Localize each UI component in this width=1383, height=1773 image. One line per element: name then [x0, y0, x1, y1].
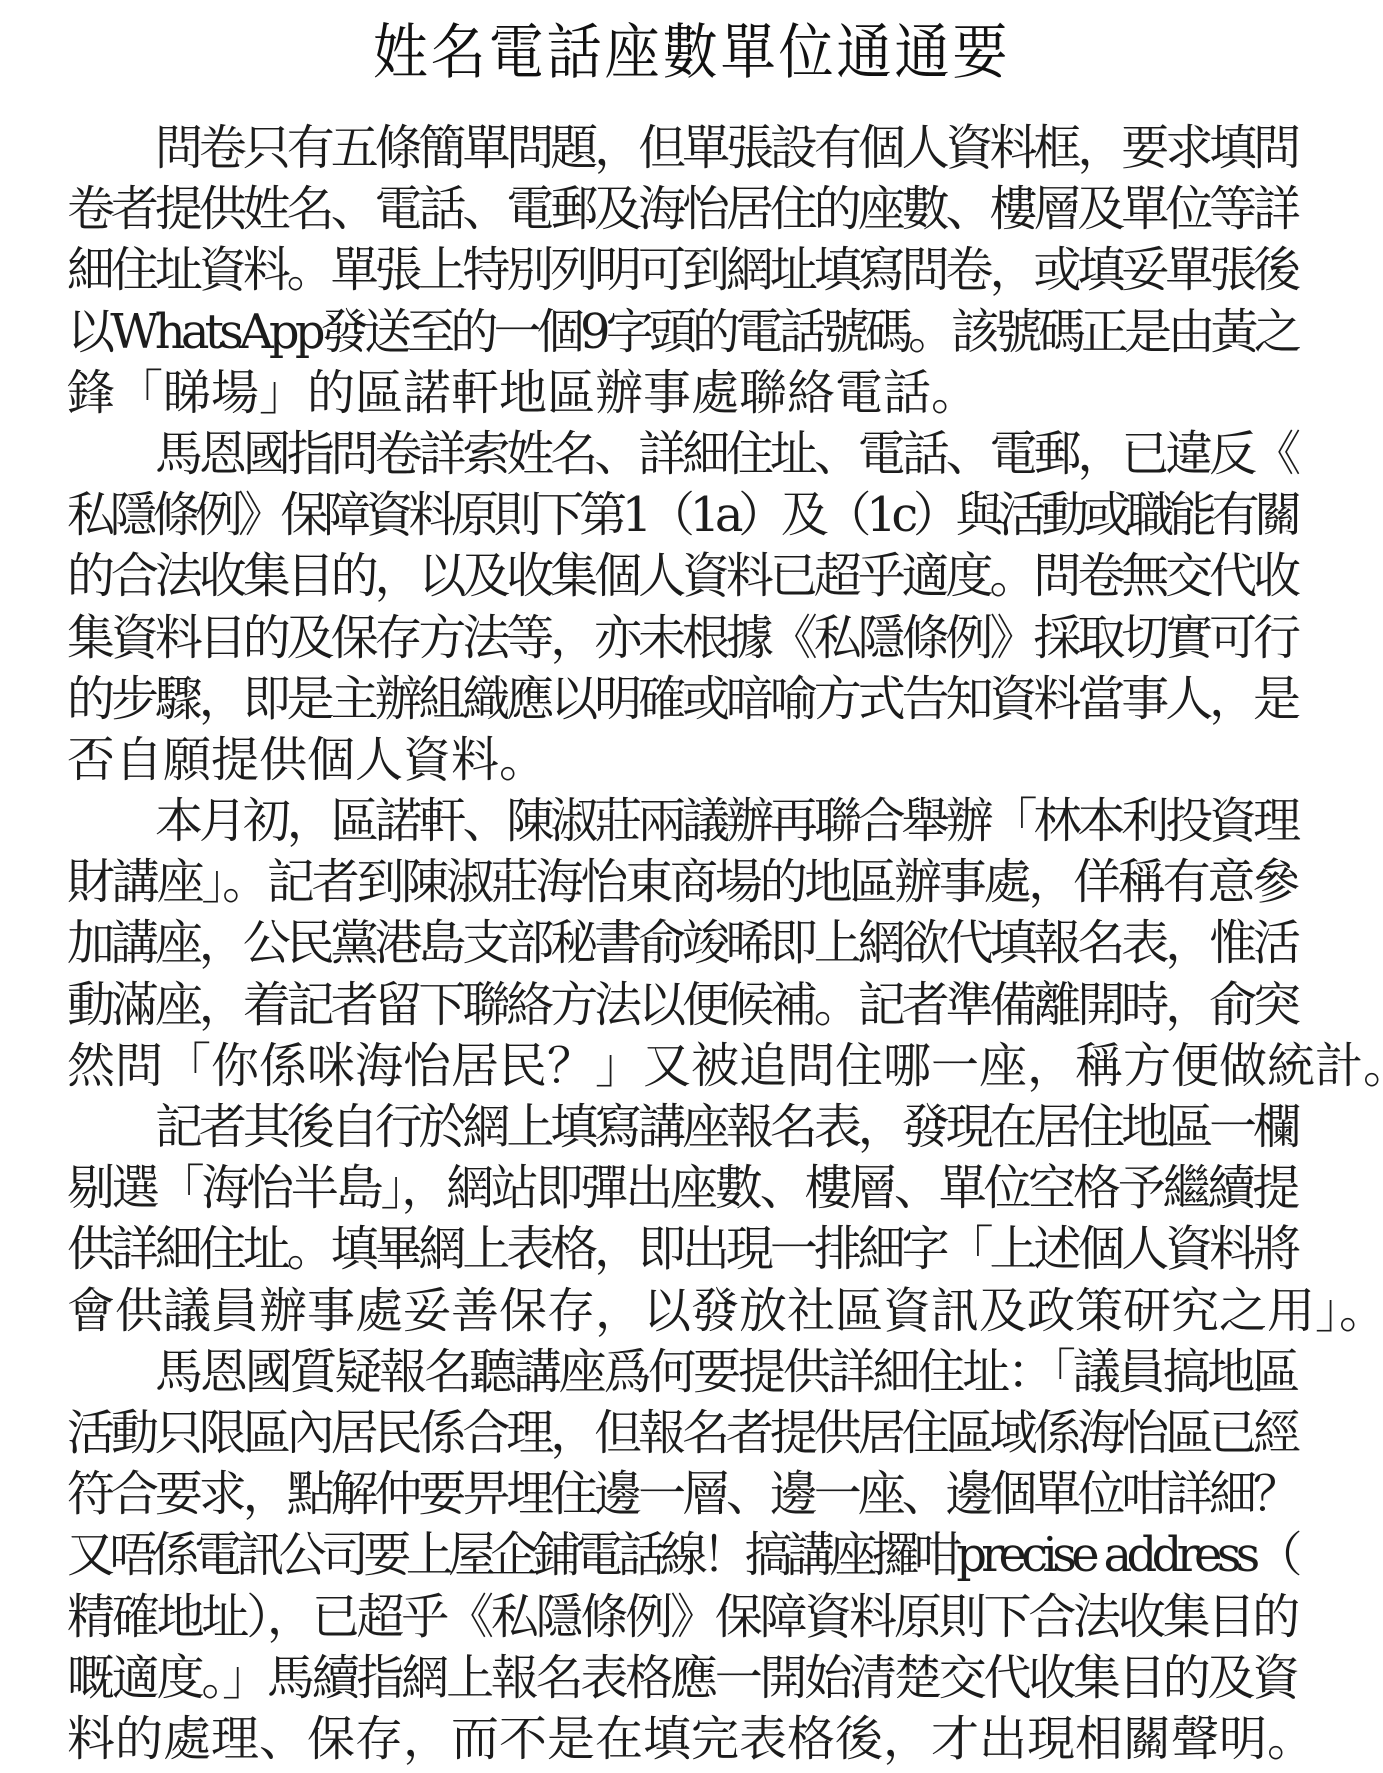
- body-line: 加講座，公民黨港島支部秘書俞竣晞即上網欲代填報名表，惟活: [67, 913, 1297, 974]
- body-line: 馬恩國質疑報名聽講座爲何要提供詳細住址：「議員搞地區: [67, 1342, 1297, 1403]
- body-line: 然問「你係咪海怡居民？」又被追問住哪一座，稱方便做統計。: [67, 1036, 1297, 1097]
- body-line: 以WhatsApp發送至的一個9字頭的電話號碼。該號碼正是由黃之: [67, 302, 1297, 363]
- body-line: 的合法收集目的，以及收集個人資料已超乎適度。問卷無交代收: [67, 546, 1297, 607]
- body-line: 財講座」。記者到陳淑莊海怡東商場的地區辦事處，佯稱有意參: [67, 852, 1297, 913]
- body-line: 活動只限區內居民係合理，但報名者提供居住區域係海怡區已經: [67, 1403, 1297, 1464]
- body-line: 的步驟，即是主辦組織應以明確或暗喻方式告知資料當事人，是: [67, 669, 1297, 730]
- body-line: 馬恩國指問卷詳索姓名、詳細住址、電話、電郵，已違反《: [67, 424, 1297, 485]
- body-line: 動滿座，着記者留下聯絡方法以便候補。記者準備離開時，俞突: [67, 975, 1297, 1036]
- body-line: 符合要求，點解仲要畀埋住邊一層、邊一座、邊個單位咁詳細？: [67, 1464, 1297, 1525]
- body-line: 供詳細住址。填畢網上表格，即出現一排細字「上述個人資料將: [67, 1219, 1297, 1280]
- body-line: 本月初，區諾軒、陳淑莊兩議辦再聯合舉辦「林本利投資理: [67, 791, 1297, 852]
- body-line: 又唔係電訊公司要上屋企鋪電話線！搞講座攞咁precise address（: [67, 1525, 1297, 1586]
- article-body: 問卷只有五條簡單問題，但單張設有個人資料框，要求填問 卷者提供姓名、電話、電郵及…: [67, 118, 1297, 1770]
- body-line: 鋒「睇場」的區諾軒地區辦事處聯絡電話。: [67, 363, 1297, 424]
- body-line: 細住址資料。單張上特別列明可到網址填寫問卷，或填妥單張後: [67, 240, 1297, 301]
- article-page: 姓名電話座數單位通通要 問卷只有五條簡單問題，但單張設有個人資料框，要求填問 卷…: [0, 0, 1383, 1773]
- body-line: 記者其後自行於網上填寫講座報名表，發現在居住地區一欄: [67, 1097, 1297, 1158]
- body-line: 料的處理、保存，而不是在填完表格後，才出現相關聲明。: [67, 1709, 1297, 1770]
- body-line: 剔選「海怡半島」，網站即彈出座數、樓層、單位空格予繼續提: [67, 1158, 1297, 1219]
- body-line: 嘅適度。」馬續指網上報名表格應一開始清楚交代收集目的及資: [67, 1648, 1297, 1709]
- body-line: 會供議員辦事處妥善保存，以發放社區資訊及政策研究之用」。: [67, 1281, 1297, 1342]
- body-line: 精確地址），已超乎《私隱條例》保障資料原則下合法收集目的: [67, 1587, 1297, 1648]
- body-line: 私隱條例》保障資料原則下第1（1a）及（1c）與活動或職能有關: [67, 485, 1297, 546]
- article-headline: 姓名電話座數單位通通要: [55, 18, 1327, 88]
- body-line: 卷者提供姓名、電話、電郵及海怡居住的座數、樓層及單位等詳: [67, 179, 1297, 240]
- body-line: 集資料目的及保存方法等，亦未根據《私隱條例》採取切實可行: [67, 608, 1297, 669]
- body-line: 問卷只有五條簡單問題，但單張設有個人資料框，要求填問: [67, 118, 1297, 179]
- body-line: 否自願提供個人資料。: [67, 730, 1297, 791]
